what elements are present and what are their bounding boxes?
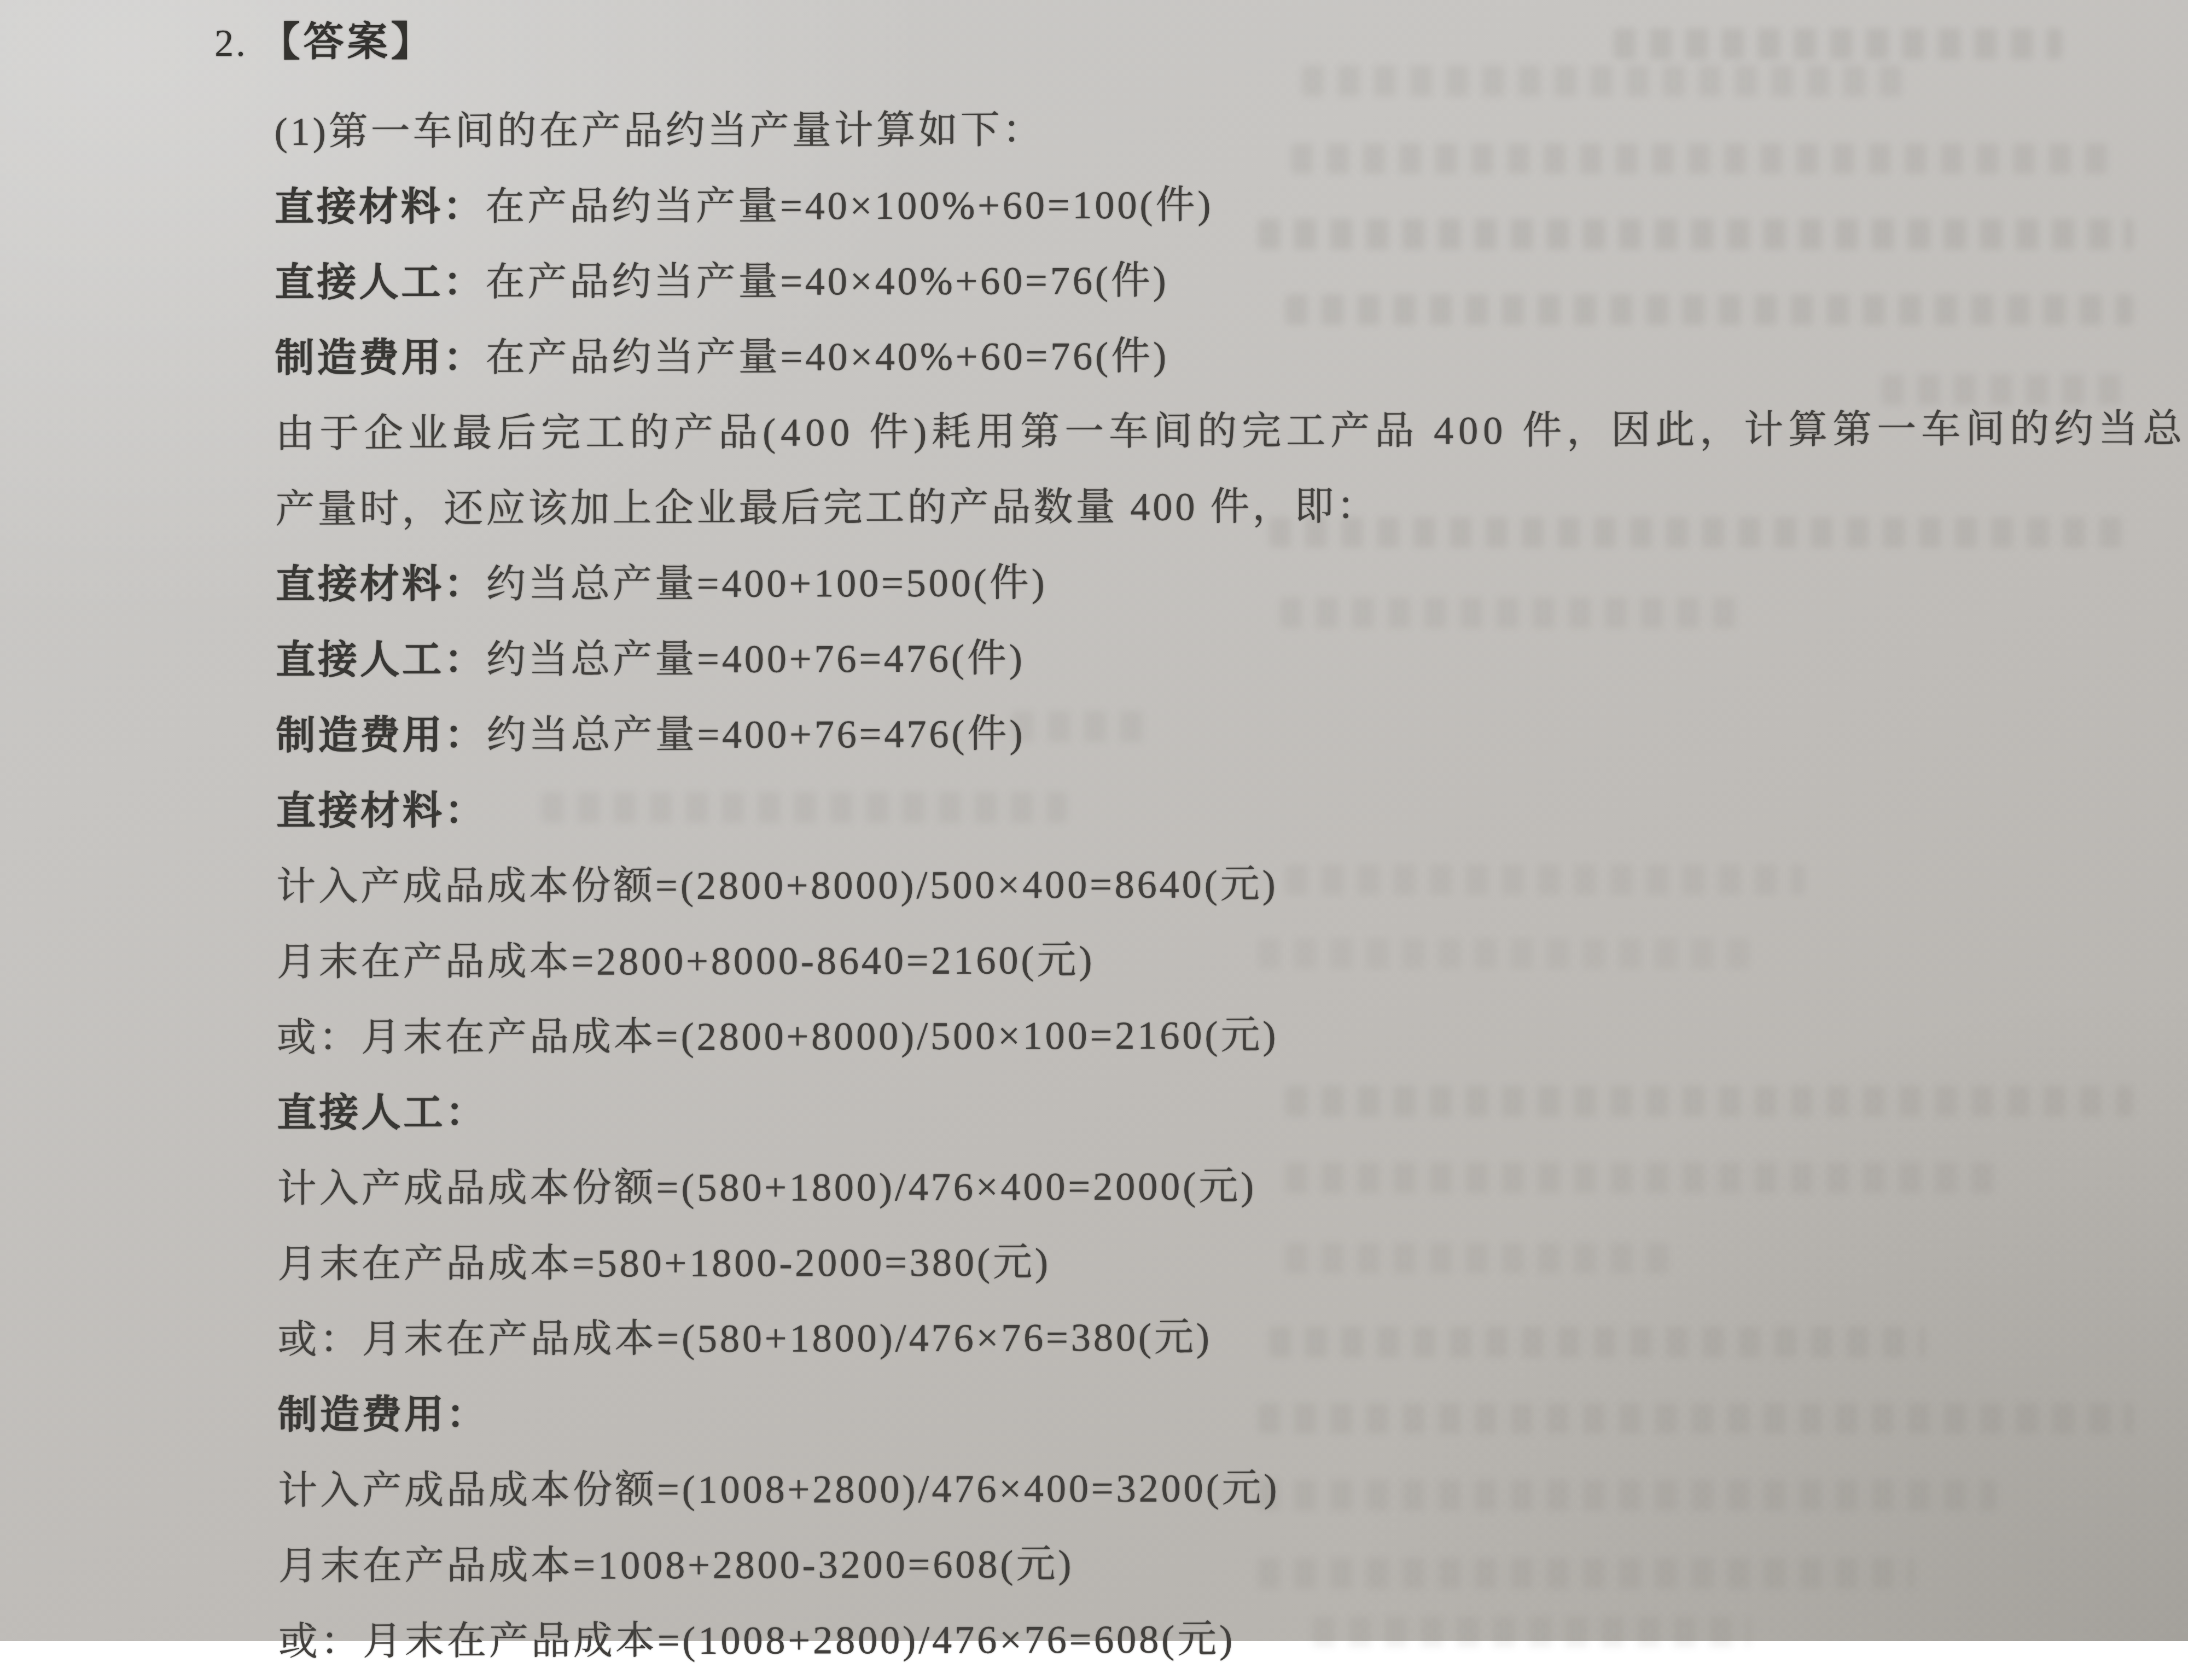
answer-line: 计入产成品成本份额=(1008+2800)/476×400=3200(元) <box>278 1448 2149 1528</box>
answer-title: 【答案】 <box>260 19 435 65</box>
answer-line: 或：月末在产品成本=(2800+8000)/500×100=2160(元) <box>277 995 2148 1076</box>
answer-line: 制造费用： <box>278 1373 2149 1453</box>
photographed-textbook-page: 2.【答案】 (1)第一车间的在产品约当产量计算如下： 直接材料：在产品约当产量… <box>0 0 2188 1641</box>
answer-line: 产量时，还应该加上企业最后完工的产品数量 400 件，即： <box>275 467 2146 547</box>
answer-line: 直接材料： <box>276 769 2147 849</box>
answer-line: 直接人工：约当总产量=400+76=476(件) <box>276 618 2146 698</box>
answer-line: 或：月末在产品成本=(580+1800)/476×76=380(元) <box>277 1297 2148 1377</box>
answer-heading: 2.【答案】 <box>214 9 435 68</box>
answer-line: 制造费用：约当总产量=400+76=476(件) <box>276 693 2146 774</box>
answer-line: 直接材料：约当总产量=400+100=500(件) <box>276 542 2146 623</box>
answer-line: 直接人工：在产品约当产量=40×40%+60=76(件) <box>275 240 2145 321</box>
answer-line: 月末在产品成本=2800+8000-8640=2160(元) <box>276 920 2147 1000</box>
answer-line: 计入产成品成本份额=(580+1800)/476×400=2000(元) <box>277 1146 2148 1226</box>
answer-line: 制造费用：在产品约当产量=40×40%+60=76(件) <box>275 316 2146 396</box>
answer-line: 月末在产品成本=1008+2800-3200=608(元) <box>278 1524 2149 1604</box>
answer-line: 由于企业最后完工的产品(400 件)耗用第一车间的完工产品 400 件，因此，计… <box>275 391 2146 472</box>
answer-line: 直接材料：在产品约当产量=40×100%+60=100(件) <box>275 165 2145 245</box>
answer-line: 月末在产品成本=580+1800-2000=380(元) <box>277 1222 2148 1302</box>
answer-text-block: 2.【答案】 (1)第一车间的在产品约当产量计算如下： 直接材料：在产品约当产量… <box>0 0 2188 1641</box>
answer-line: 直接人工： <box>277 1071 2148 1151</box>
answer-line: 或：月末在产品成本=(1008+2800)/476×76=608(元) <box>278 1599 2149 1641</box>
answer-line: (1)第一车间的在产品约当产量计算如下： <box>275 89 2145 170</box>
answer-lines: (1)第一车间的在产品约当产量计算如下： 直接材料：在产品约当产量=40×100… <box>275 89 2150 1641</box>
answer-line: 计入产成品成本份额=(2800+8000)/500×400=8640(元) <box>276 844 2147 925</box>
answer-number: 2. <box>214 22 248 65</box>
